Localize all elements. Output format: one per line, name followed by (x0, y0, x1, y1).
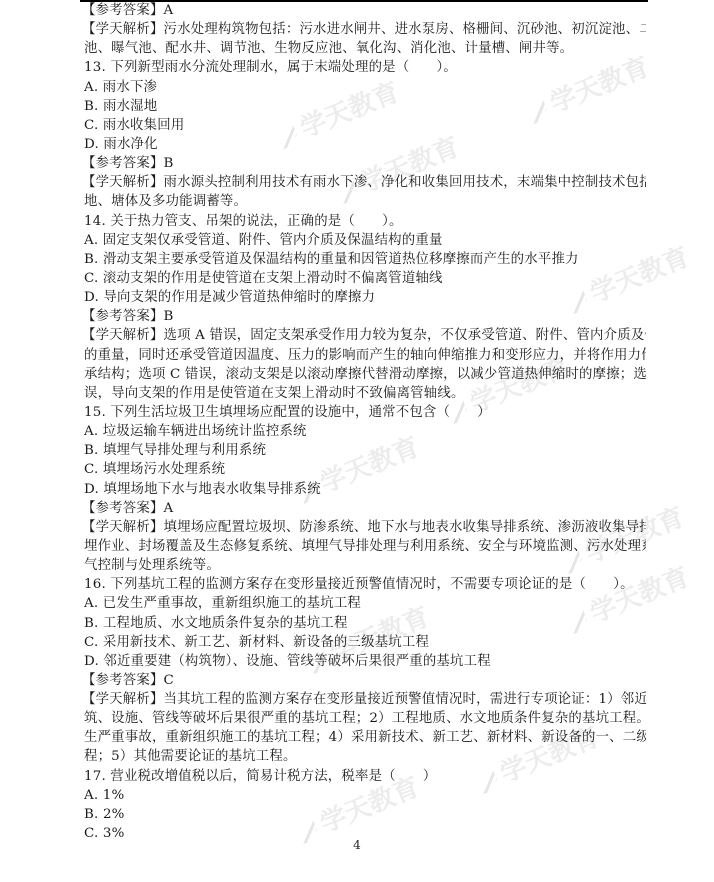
option-line: B. 2% (84, 805, 646, 824)
continuation-line: 的重量，同时还承受管道因温度、压力的影响而产生的轴向伸缩推力和变形应力，并将作用… (84, 346, 646, 365)
option-line: D. 邻近重要建（构筑物）、设施、管线等破坏后果很严重的基坑工程 (84, 652, 646, 671)
answer-line: 【参考答案】A (82, 1, 646, 20)
option-line: D. 雨水净化 (84, 135, 646, 154)
answer-line: 【参考答案】C (82, 671, 646, 690)
continuation-line: 池、曝气池、配水井、调节池、生物反应池、氧化沟、消化池、计量槽、闸井等。 (84, 39, 646, 58)
analysis-line: 【学天解析】雨水源头控制利用技术有雨水下渗、净化和收集回用技术，末端集中控制技术… (82, 173, 646, 192)
option-line: A. 垃圾运输车辆进出场统计监控系统 (84, 422, 646, 441)
continuation-line: 生严重事故，重新组织施工的基坑工程；4）采用新技术、新工艺、新材料、新设备的一、… (84, 728, 646, 747)
continuation-line: 地、塘体及多功能调蓄等。 (84, 192, 646, 211)
option-line: A. 已发生严重事故，重新组织施工的基坑工程 (84, 594, 646, 613)
continuation-line: 气控制与处理系统等。 (84, 556, 646, 575)
option-line: A. 1% (84, 786, 646, 805)
continuation-line: 误，导向支架的作用是使管道在支架上滑动时不致偏离管轴线。 (84, 384, 646, 403)
answer-line: 【参考答案】B (82, 154, 646, 173)
option-line: C. 雨水收集回用 (84, 116, 646, 135)
option-line: B. 填埋气导排处理与利用系统 (84, 441, 646, 460)
analysis-line: 【学天解析】选项 A 错误，固定支架承受作用力较为复杂，不仅承受管道、附件、管内… (82, 326, 646, 345)
analysis-line: 【学天解析】污水处理构筑物包括：污水进水闸井、进水泵房、格栅间、沉砂池、初沉淀池… (82, 20, 646, 39)
option-line: B. 滑动支架主要承受管道及保温结构的重量和因管道热位移摩擦而产生的水平推力 (84, 250, 646, 269)
continuation-line: 承结构；选项 C 错误，滚动支架是以滚动摩擦代替滑动摩擦，以减少管道热伸缩时的摩… (84, 365, 646, 384)
option-line: C. 滚动支架的作用是使管道在支架上滑动时不偏离管道轴线 (84, 269, 646, 288)
option-line: C. 采用新技术、新工艺、新材料、新设备的三级基坑工程 (84, 633, 646, 652)
option-line: B. 工程地质、水文地质条件复杂的基坑工程 (84, 614, 646, 633)
question-line: 13. 下列新型雨水分流处理制水，属于末端处理的是（ ）。 (84, 58, 646, 77)
option-line: A. 固定支架仅承受管道、附件、管内介质及保温结构的重量 (84, 231, 646, 250)
analysis-line: 【学天解析】当其坑工程的监测方案存在变形量接近预警值情况时，需进行专项论证：1）… (82, 690, 646, 709)
page-number: 4 (0, 838, 714, 852)
analysis-line: 【学天解析】填埋场应配置垃圾坝、防渗系统、地下水与地表水收集导排系统、渗沥液收集… (82, 518, 646, 537)
option-line: B. 雨水湿地 (84, 97, 646, 116)
option-line: A. 雨水下渗 (84, 78, 646, 97)
option-line: D. 填埋场地下水与地表水收集导排系统 (84, 480, 646, 499)
question-line: 16. 下列基坑工程的监测方案存在变形量接近预警值情况时，不需要专项论证的是（ … (84, 575, 646, 594)
answer-line: 【参考答案】A (82, 499, 646, 518)
continuation-line: 埋作业、封场覆盖及生态修复系统、填埋气导排处理与利用系统、安全与环境监测、污水处… (84, 537, 646, 556)
question-line: 14. 关于热力管支、吊架的说法，正确的是（ ）。 (84, 212, 646, 231)
question-line: 15. 下列生活垃圾卫生填埋场应配置的设施中，通常不包含（ ） (84, 403, 646, 422)
option-line: D. 导向支架的作用是减少管道热伸缩时的摩擦力 (84, 288, 646, 307)
answer-line: 【参考答案】B (82, 307, 646, 326)
continuation-line: 筑、设施、管线等破坏后果很严重的基坑工程；2）工程地质、水文地质条件复杂的基坑工… (84, 709, 646, 728)
option-line: C. 填埋场污水处理系统 (84, 460, 646, 479)
continuation-line: 程；5）其他需要论证的基坑工程。 (84, 747, 646, 766)
document-body: 【参考答案】A【学天解析】污水处理构筑物包括：污水进水闸井、进水泵房、格栅间、沉… (84, 1, 646, 843)
question-line: 17. 营业税改增值税以后，简易计税方法，税率是（ ） (84, 767, 646, 786)
